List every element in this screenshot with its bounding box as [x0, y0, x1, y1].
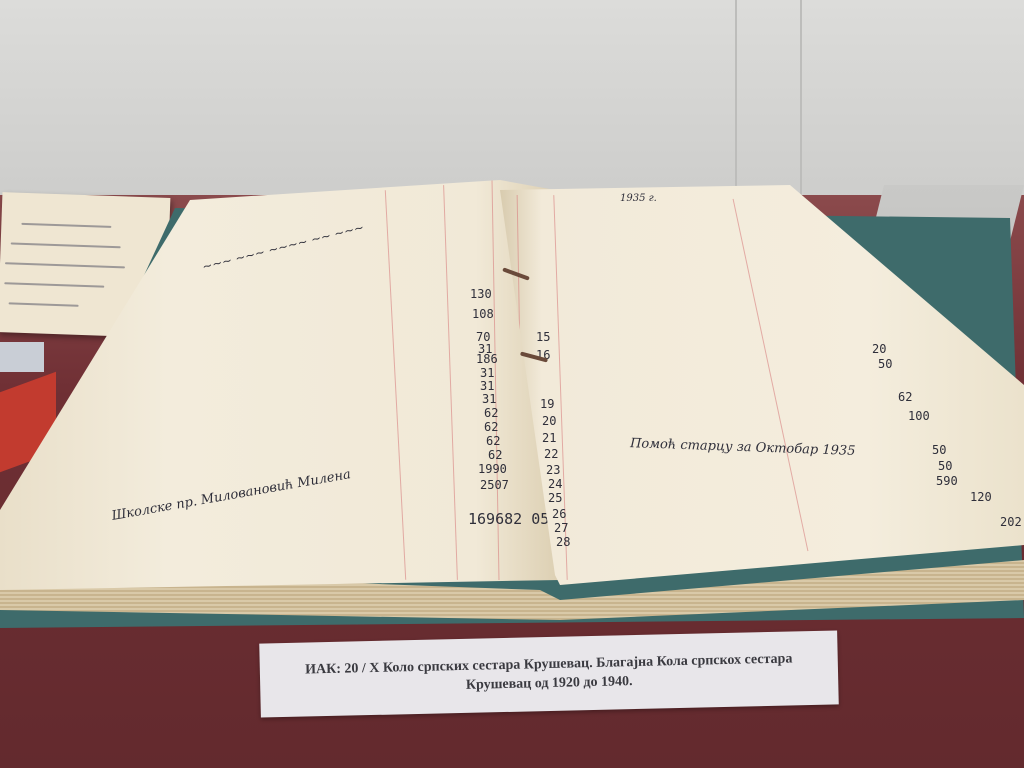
amount: 50 — [878, 357, 892, 371]
exhibit-caption-label: ИАК: 20 / X Коло српских сестара Крушева… — [259, 630, 839, 717]
amount: 590 — [936, 474, 958, 488]
row-number: 20 — [542, 414, 556, 428]
row-number: 19 — [540, 397, 554, 411]
amount: 2507 — [480, 478, 509, 492]
amount: 50 — [932, 443, 946, 457]
amount: 31 — [480, 379, 494, 393]
small-label-card — [0, 342, 44, 372]
row-number: 25 — [548, 491, 562, 505]
page-header: 1935 г. — [620, 193, 657, 204]
amount: 20 — [872, 342, 886, 356]
row-number: 23 — [546, 463, 560, 477]
ledger-entry-text: Школске пр. Миловановић Милена — [111, 467, 352, 524]
row-number: 26 — [552, 507, 566, 521]
amount: 186 — [476, 352, 498, 366]
amount: 62 — [484, 406, 498, 420]
museum-wall — [0, 0, 1024, 200]
amount: 62 — [484, 420, 498, 434]
amount: 62 — [488, 448, 502, 462]
row-number: 22 — [544, 447, 558, 461]
row-number: 27 — [554, 521, 568, 535]
amount: 1990 — [478, 462, 507, 476]
amount: 62 — [486, 434, 500, 448]
amount: 62 — [898, 390, 912, 404]
amount: 130 — [470, 287, 492, 301]
ledger-handwriting: ~~~ ~~~ ~~~~ ~~ ~~~ — [201, 220, 366, 274]
amount: 31 — [482, 392, 496, 406]
wall-panel-seam — [800, 0, 802, 200]
wall-panel-seam — [735, 0, 737, 200]
ledger-total: 202 — [1000, 515, 1022, 529]
caption-line-2: Крушевац од 1920 до 1940. — [466, 672, 633, 695]
ledger-total: 169682 05 — [468, 510, 549, 528]
amount: 120 — [970, 490, 992, 504]
amount: 50 — [938, 459, 952, 473]
ledger-entry-text: Помоћ старцу за Октобар 1935 — [630, 436, 856, 459]
row-number: 15 — [536, 330, 550, 344]
amount: 31 — [480, 366, 494, 380]
amount: 108 — [472, 307, 494, 321]
row-number: 28 — [556, 535, 570, 549]
amount: 100 — [908, 409, 930, 423]
row-number: 21 — [542, 431, 556, 445]
row-number: 24 — [548, 477, 562, 491]
